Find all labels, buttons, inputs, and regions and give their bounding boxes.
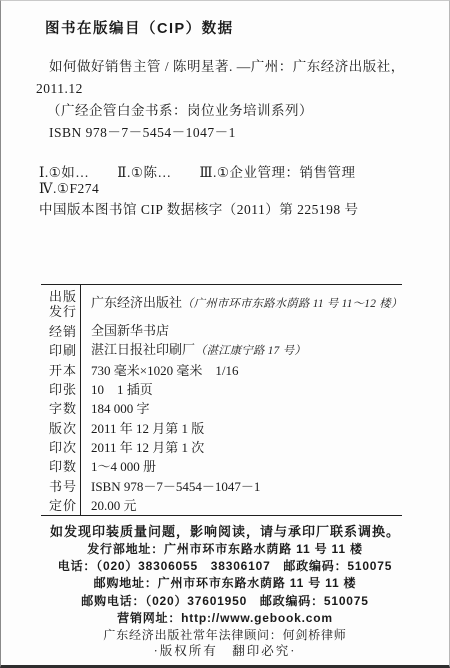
copyright-notice: ·版权所有 翻印必究·	[1, 641, 449, 659]
footer-line-phone: 电话：（020）38306055 38306107 邮政编码：510075	[1, 557, 449, 574]
cip-classification: Ⅰ.①如… Ⅱ.①陈… Ⅲ.①企业管理：销售管理 Ⅳ.①F274	[39, 161, 439, 197]
footer-line-website: 营销网址：http://www.gebook.com	[1, 609, 449, 626]
table-row-wordcount: 字数 184 000 字	[41, 399, 402, 418]
row-label-top: 出版	[49, 289, 80, 304]
footer-line-distribution-address: 发行部地址：广州市环市东路水荫路 11 号 11 楼	[1, 540, 449, 557]
row-value: ISBN 978－7－5454－1047－1	[91, 479, 260, 494]
row-label: 开本	[41, 361, 81, 380]
footer-line-mailorder-phone: 邮购电话：（020）37601950 邮政编码：510075	[1, 592, 449, 609]
table-row-publisher: 出版 发行 广东经济出版社（广州市环市东路水荫路 11 号 11～12 楼）	[41, 285, 402, 322]
table-row-edition: 版次 2011 年 12 月第 1 版	[41, 418, 402, 437]
row-label: 定价	[41, 496, 81, 515]
row-label: 出版 发行	[41, 285, 81, 322]
book-copyright-page: 图书在版编目（CIP）数据 如何做好销售主管 / 陈明星著. —广州：广东经济出…	[0, 0, 450, 668]
row-note: （广州市环市东路水荫路 11 号 11～12 楼）	[182, 298, 402, 310]
publication-info-table: 出版 发行 广东经济出版社（广州市环市东路水荫路 11 号 11～12 楼） 经…	[41, 284, 402, 516]
cip-record-line-4: ISBN 978－7－5454－1047－1	[36, 122, 428, 144]
table-row-sheets: 印张 10 1 插页	[41, 380, 402, 399]
publisher-contact-block: 发行部地址：广州市环市东路水荫路 11 号 11 楼 电话：（020）38306…	[1, 540, 449, 643]
cip-title: 图书在版编目（CIP）数据	[45, 17, 234, 38]
row-value: 1～4 000 册	[91, 459, 156, 474]
table-row-price: 定价 20.00 元	[41, 496, 402, 515]
row-label: 经销	[41, 322, 81, 341]
row-label: 书号	[41, 476, 81, 495]
row-label: 印数	[41, 457, 81, 476]
row-value: 2011 年 12 月第 1 版	[91, 421, 204, 436]
table-row-distributor: 经销 全国新华书店	[41, 322, 402, 341]
row-value: 730 毫米×1020 毫米 1/16	[91, 363, 238, 378]
row-value: 20.00 元	[91, 498, 137, 513]
cip-record-line-1: 如何做好销售主管 / 陈明星著. —广州：广东经济出版社，	[36, 56, 428, 78]
row-value: 广东经济出版社	[91, 295, 182, 310]
row-note: （湛江康宁路 17 号）	[195, 345, 306, 357]
footer-line-mailorder-address: 邮购地址：广州市环市东路水荫路 11 号 11 楼	[1, 574, 449, 591]
row-value: 全国新华书店	[91, 323, 169, 338]
row-label: 印张	[41, 380, 81, 399]
row-label-bottom: 发行	[49, 304, 80, 319]
quality-notice: 如发现印装质量问题，影响阅读，请与承印厂联系调换。	[1, 521, 449, 540]
cip-record-line-3: （广经企管白金书系：岗位业务培训系列）	[36, 100, 428, 122]
row-label: 印刷	[41, 341, 81, 360]
table-row-printrun: 印数 1～4 000 册	[41, 457, 402, 476]
row-value: 湛江日报社印刷厂	[91, 342, 195, 357]
cip-record: 如何做好销售主管 / 陈明星著. —广州：广东经济出版社， 2011.12 （广…	[36, 56, 428, 144]
table-row-impression: 印次 2011 年 12 月第 1 次	[41, 438, 402, 457]
cip-record-number: 中国版本图书馆 CIP 数据核字（2011）第 225198 号	[39, 198, 439, 218]
row-label: 字数	[41, 399, 81, 418]
row-value: 10 1 插页	[91, 382, 153, 397]
table-row-isbn: 书号 ISBN 978－7－5454－1047－1	[41, 476, 402, 495]
row-value: 2011 年 12 月第 1 次	[91, 440, 204, 455]
row-label: 印次	[41, 438, 81, 457]
row-value: 184 000 字	[91, 401, 150, 416]
table-row-format: 开本 730 毫米×1020 毫米 1/16	[41, 361, 402, 380]
cip-record-line-2: 2011.12	[36, 78, 428, 100]
row-label: 版次	[41, 418, 81, 437]
table-row-printer: 印刷 湛江日报社印刷厂（湛江康宁路 17 号）	[41, 341, 402, 360]
